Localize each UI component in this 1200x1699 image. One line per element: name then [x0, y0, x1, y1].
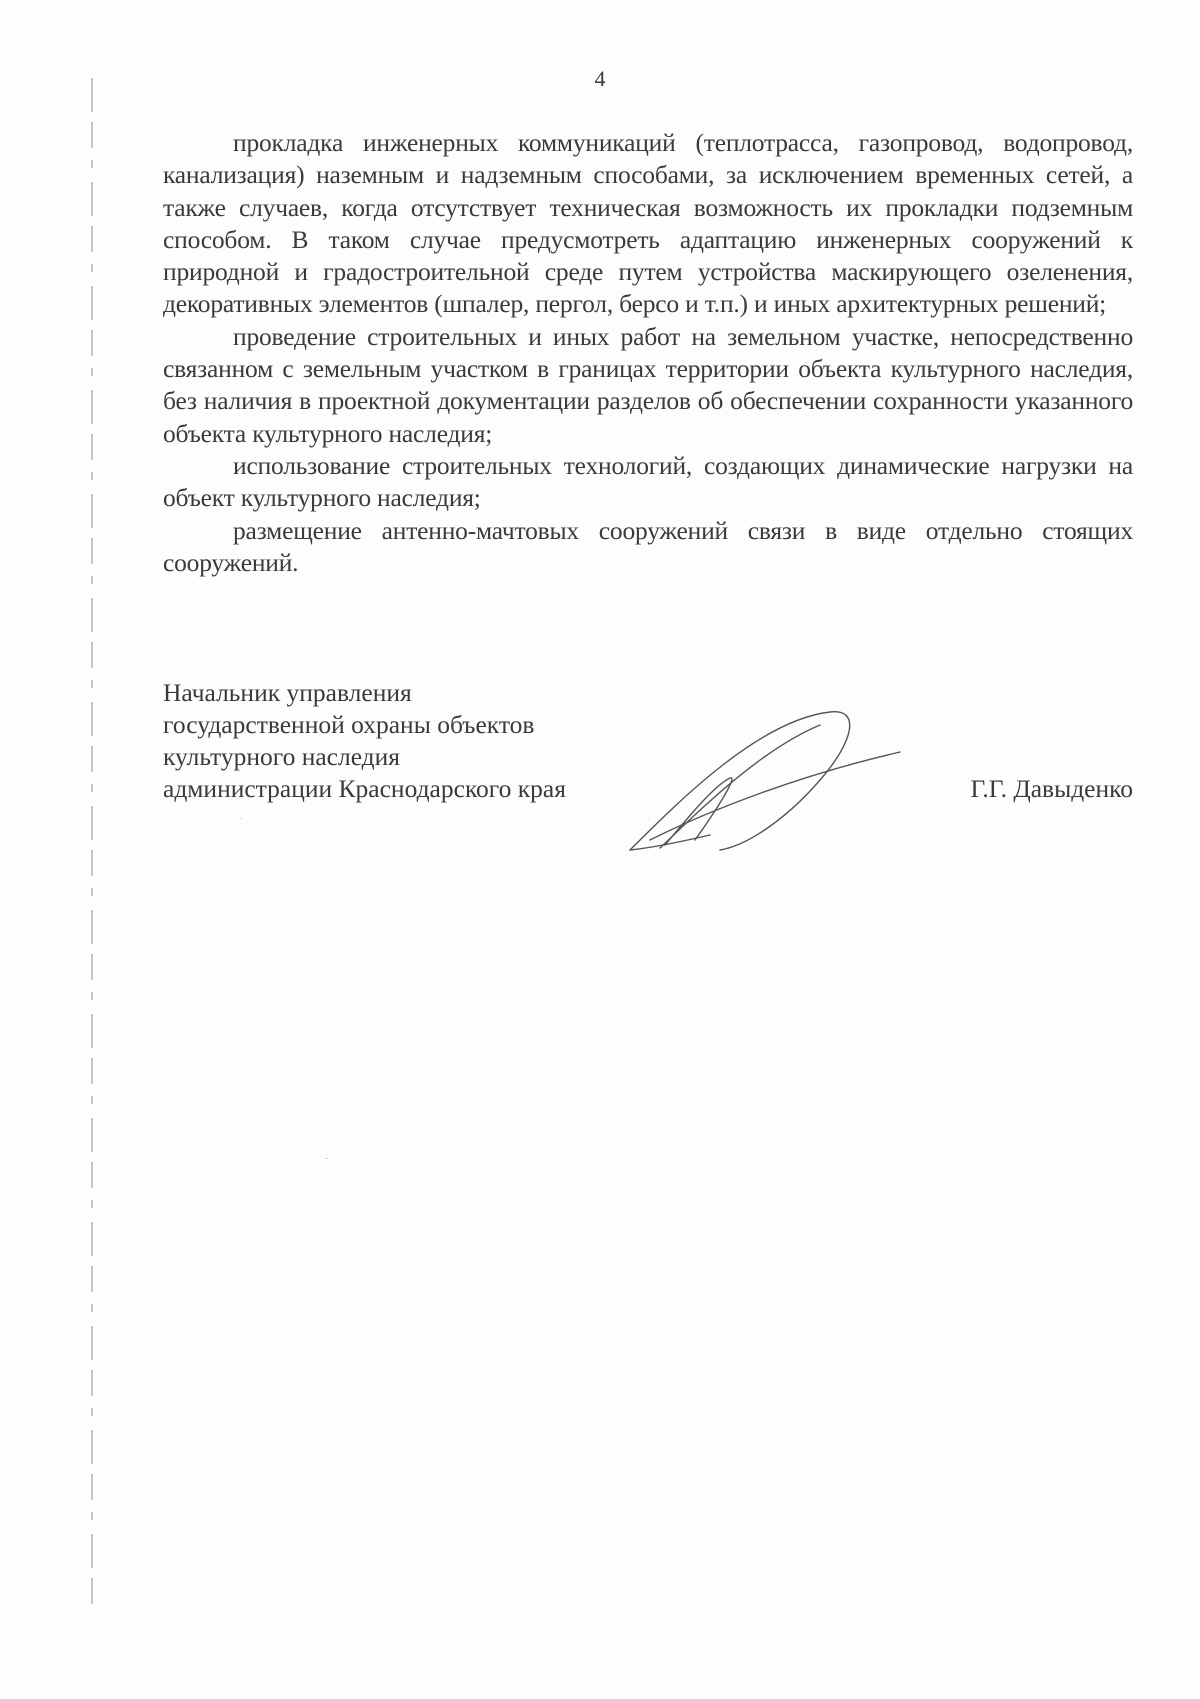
handwritten-signature-icon: [620, 700, 910, 860]
paragraph-engineering-communications: прокладка инженерных коммуникаций (тепло…: [163, 127, 1133, 321]
signer-name: Г.Г. Давыденко: [970, 773, 1133, 805]
page-number: 4: [0, 66, 1200, 92]
scan-artifact: [240, 818, 242, 819]
document-page: 4 прокладка инженерных коммуникаций (теп…: [0, 0, 1200, 1699]
scan-artifact: [325, 1158, 328, 1159]
paragraph-construction-technologies: использование строительных технологий, с…: [163, 450, 1133, 515]
paragraph-construction-works: проведение строительных и иных работ на …: [163, 321, 1133, 450]
document-body: прокладка инженерных коммуникаций (тепло…: [163, 127, 1133, 579]
paragraph-antenna-structures: размещение антенно-мачтовых сооружений с…: [163, 515, 1133, 580]
scan-margin-line: [91, 78, 93, 1608]
